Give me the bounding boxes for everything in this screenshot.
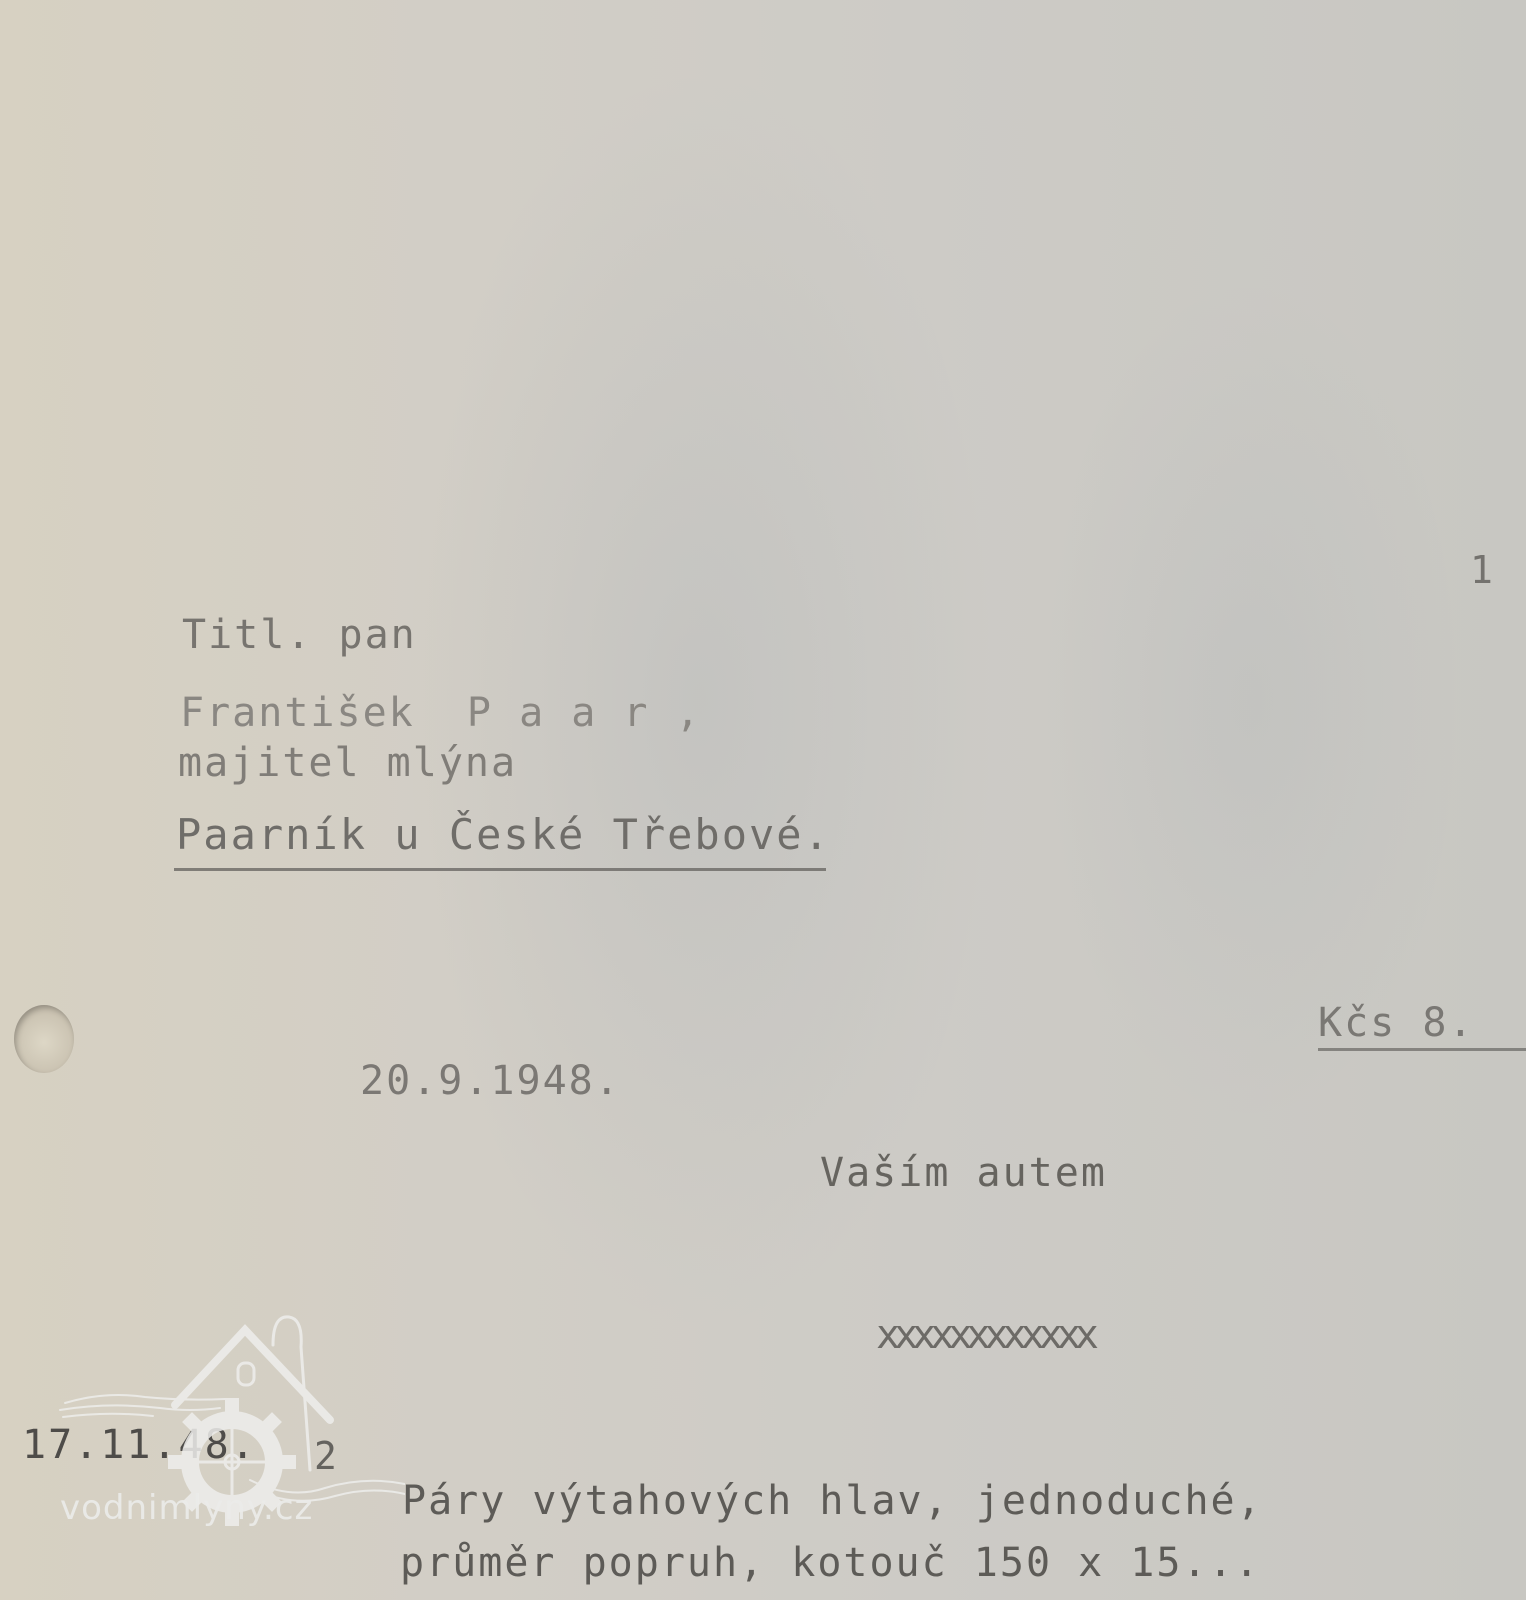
salutation: Titl. pan (182, 612, 417, 658)
entry-line-1: Páry výtahových hlav, jednoduché, (402, 1478, 1263, 1524)
punch-hole (14, 1005, 74, 1073)
strike-line: xxxxxxxxxxxx (876, 1312, 1093, 1358)
recipient-location: Paarník u České Třebové. (176, 810, 831, 859)
page-number: 1 (1470, 548, 1495, 592)
watermill-logo-icon (55, 1285, 405, 1585)
watermark-text: vodnimlyny.cz (60, 1488, 313, 1528)
recipient-occupation: majitel mlýna (178, 740, 517, 786)
delivery-note: Vaším autem (820, 1150, 1107, 1196)
location-underline (174, 868, 826, 871)
amount-underline (1318, 1048, 1526, 1051)
recipient-name: František P a a r , (180, 690, 702, 736)
letter-date: 20.9.1948. (360, 1058, 621, 1104)
amount: Kčs 8. (1318, 1000, 1475, 1046)
entry-line-2: průměr popruh, kotouč 150 x 15... (400, 1540, 1261, 1586)
